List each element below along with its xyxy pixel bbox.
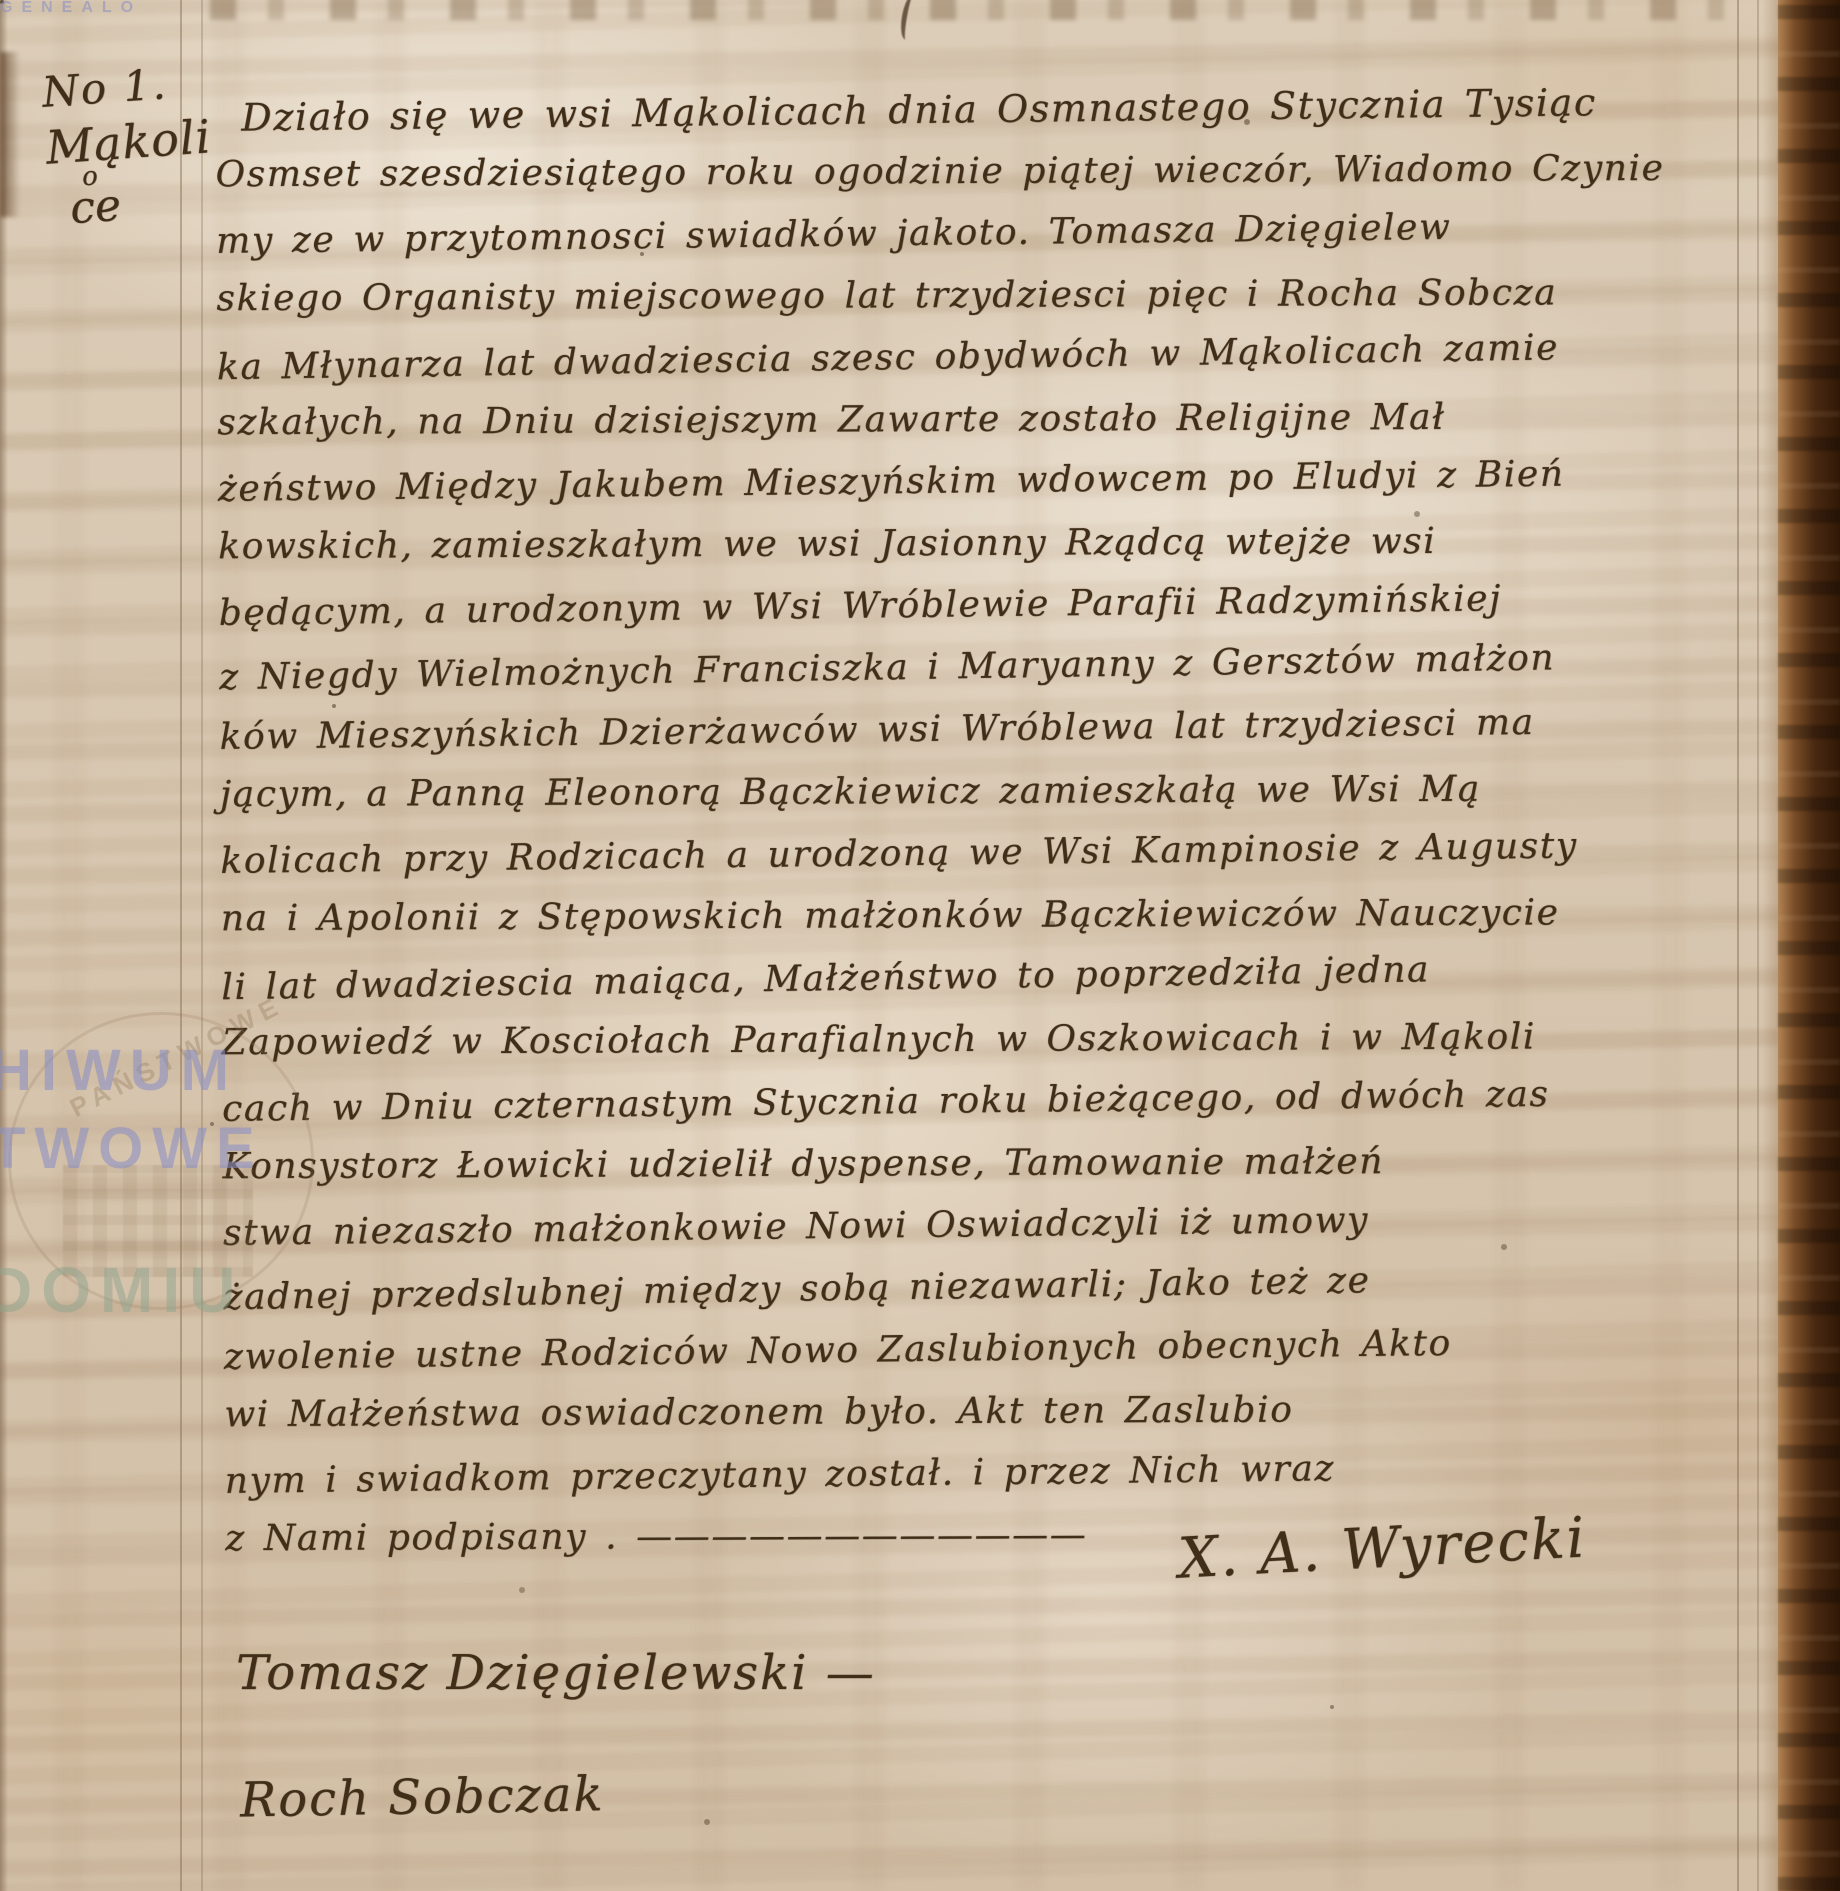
manuscript-line: Osmset szesdziesiątego roku ogodzinie pi… [216,138,1556,206]
manuscript-line: my ze w przytomnosci swiadków jakoto. To… [216,196,1557,273]
act-number: No 1. [40,56,209,116]
manuscript-line: jącym, a Panną Eleonorą Bączkiewicz zami… [220,758,1560,826]
left-fold-line [180,0,182,1891]
watermark-fragment: DOMIU [0,1258,244,1322]
manuscript-line: nym i swiadkom przeczytany został. i prz… [224,1436,1565,1513]
manuscript-line: Działo się we wsi Mąkolicach dnia Osmnas… [215,72,1556,149]
margin-place-line2: ce [68,173,217,234]
witness-signatures: Tomasz Dzięgielewski —Roch Sobczak [236,1612,876,1856]
watermark-fragment: GENEALO [0,0,142,16]
corner-stain [0,52,20,217]
book-binding-texture [1778,0,1840,1891]
manuscript-line: kowskich, zamieszkałym we wsi Jasionny R… [218,510,1558,578]
manuscript-line: wi Małżeństwa oswiadczonem było. Akt ten… [224,1378,1564,1446]
manuscript-line: żeństwo Między Jakubem Mieszyńskim wdowc… [217,444,1558,521]
body-text: Działo się we wsi Mąkolicach dnia Osmnas… [215,75,1565,1572]
right-fold-line [1737,0,1739,1891]
left-fold-line-2 [201,0,203,1891]
manuscript-line: cach w Dniu czternastym Stycznia roku bi… [222,1064,1563,1141]
manuscript-line: Zapowiedź w Kosciołach Parafialnych w Os… [222,1006,1562,1074]
right-fold-line-2 [1757,0,1759,1891]
margin-note: No 1. Mąkoli o ce [40,56,217,235]
witness-signature: Roch Sobczak [239,1728,877,1861]
margin-place-line1: Mąkoli [44,109,213,174]
manuscript-line: Konsystorz Łowicki udzielił dyspense, Ta… [222,1130,1562,1198]
manuscript-line: szkałych, na Dniu dzisiejszym Zawarte zo… [217,386,1557,454]
manuscript-line: kolicach przy Rodzicach a urodzoną we Ws… [220,816,1561,893]
witness-signature: Tomasz Dzięgielewski — [236,1612,876,1734]
scanned-marriage-record-page: PAŃSTWOWE HIWUMTWOWEDOMIUGENEALO No 1. M… [0,0,1840,1891]
ink-specks [0,0,4,4]
page-left-edge [0,0,8,1891]
cut-off-text-top [210,0,1730,20]
